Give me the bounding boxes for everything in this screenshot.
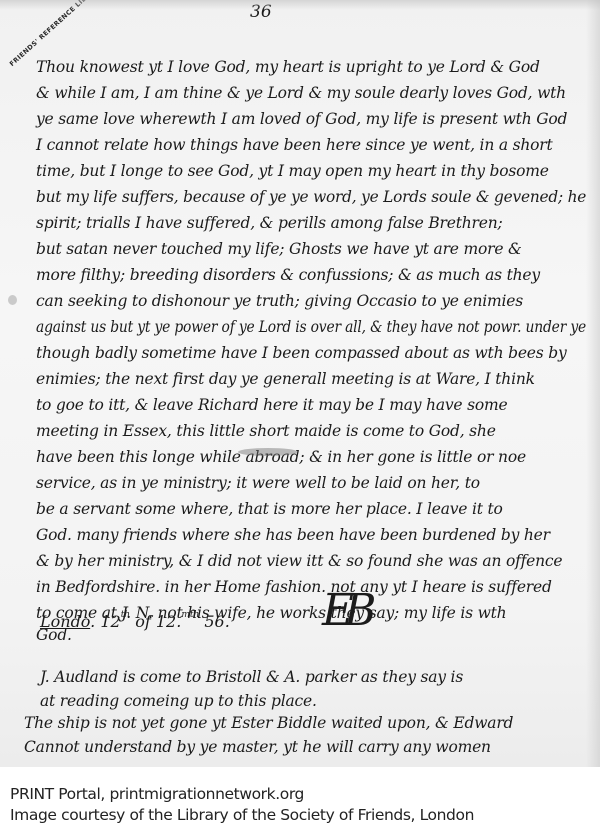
manuscript-line: ye same love wherewth I am loved of God,…	[36, 110, 567, 128]
ink-blot	[238, 448, 298, 456]
ink-smudge	[8, 295, 17, 305]
image-caption: PRINT Portal, printmigrationnetwork.org …	[10, 784, 474, 826]
manuscript-line: against us but yt ye power of ye Lord is…	[36, 318, 586, 336]
dateline-year: 56.	[204, 612, 229, 631]
manuscript-line: The ship is not yet gone yt Ester Biddle…	[24, 714, 513, 732]
manuscript-line: time, but I longe to see God, yt I may o…	[36, 162, 549, 180]
manuscript-line: I cannot relate how things have been her…	[36, 136, 553, 154]
caption-credit: Image courtesy of the Library of the Soc…	[10, 805, 474, 826]
manuscript-line: to goe to itt, & leave Richard here it m…	[36, 396, 507, 414]
dateline-month-suffix: mth	[181, 610, 199, 620]
signature-initials: EB	[322, 585, 366, 636]
manuscript-line: more filthy; breeding disorders & confus…	[36, 266, 540, 284]
manuscript-line: at reading comeing up to this place.	[40, 692, 317, 710]
dateline-day: 12	[100, 612, 120, 631]
dateline-place: Londo	[40, 612, 90, 631]
manuscript-line: can seeking to dishonour ye truth; givin…	[36, 292, 523, 310]
manuscript-line: spirit; trialls I have suffered, & peril…	[36, 214, 503, 232]
dateline-of: of	[135, 612, 151, 631]
manuscript-line: service, as in ye ministry; it were well…	[36, 474, 480, 492]
manuscript-line: God. many friends where she has been hav…	[36, 526, 550, 544]
dateline-month: 12	[156, 612, 176, 631]
manuscript-line: meeting in Essex, this little short maid…	[36, 422, 496, 440]
manuscript-line: in Bedfordshire. in her Home fashion. no…	[36, 578, 552, 596]
dateline: Londo. 12th of 12.mth 56.	[40, 610, 230, 631]
manuscript-line: though badly sometime have I been compas…	[36, 344, 567, 362]
manuscript-line: enimies; the next first day ye generall …	[36, 370, 535, 388]
manuscript-line: but my life suffers, because of ye ye wo…	[36, 188, 586, 206]
manuscript-line: & by her ministry, & I did not view itt …	[36, 552, 562, 570]
manuscript-line: but satan never touched my life; Ghosts …	[36, 240, 522, 258]
manuscript-page: 36 FRIENDS' REFERENCE LIBRARY. Thou know…	[0, 0, 600, 767]
dateline-day-suffix: th	[121, 610, 130, 620]
caption-source: PRINT Portal, printmigrationnetwork.org	[10, 784, 474, 805]
manuscript-line: be a servant some where, that is more he…	[36, 500, 503, 518]
handwritten-text: Thou knowest yt I love God, my heart is …	[0, 0, 600, 767]
manuscript-line: Cannot understand by ye master, yt he wi…	[24, 738, 491, 756]
manuscript-line: J. Audland is come to Bristoll & A. park…	[40, 668, 463, 686]
manuscript-line: Thou knowest yt I love God, my heart is …	[36, 58, 540, 76]
manuscript-line: & while I am, I am thine & ye Lord & my …	[36, 84, 566, 102]
